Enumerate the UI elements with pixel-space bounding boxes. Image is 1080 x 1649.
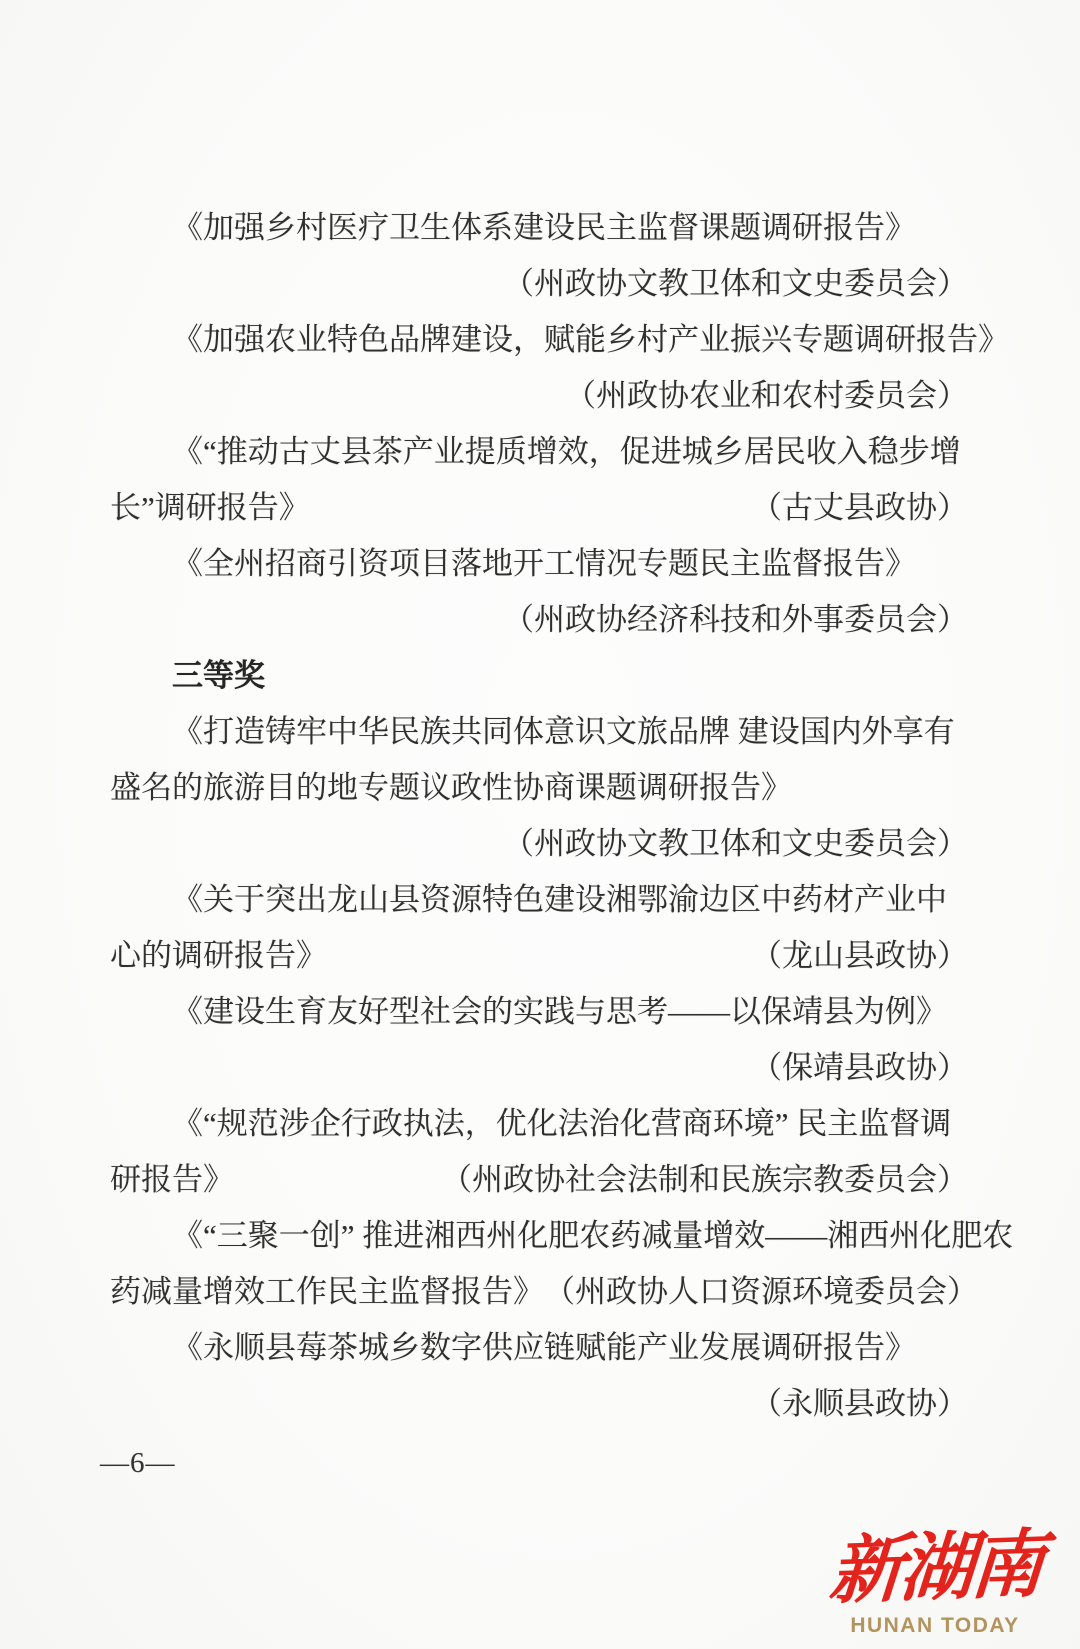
report-title-line: 《“规范涉企行政执法，优化法治化营商环境” 民主监督调 [110,1096,968,1152]
report-title-continuation-line: 盛名的旅游目的地专题议政性协商课题调研报告》 [110,760,968,816]
report-title-fragment: 长”调研报告》 [110,480,310,536]
awardee-attribution-line: （永顺县政协） [110,1376,968,1432]
report-title-line: 《建设生育友好型社会的实践与思考——以保靖县为例》 [110,984,968,1040]
report-title-with-attribution-line: 药减量增效工作民主监督报告》（州政协人口资源环境委员会） [110,1264,968,1320]
awardee-attribution-line: （州政协农业和农村委员会） [110,368,968,424]
report-title-line: 《加强乡村医疗卫生体系建设民主监督课题调研报告》 [110,200,968,256]
report-title-with-attribution-line: 长”调研报告》（古丈县政协） [110,480,968,536]
report-title-line: 《全州招商引资项目落地开工情况专题民主监督报告》 [110,536,968,592]
report-title-with-attribution-line: 研报告》（州政协社会法制和民族宗教委员会） [110,1152,968,1208]
award-tier-heading: 三等奖 [110,648,968,704]
report-title-line: 《“三聚一创” 推进湘西州化肥农药减量增效——湘西州化肥农 [110,1208,968,1264]
report-title-line: 《“推动古丈县茶产业提质增效，促进城乡居民收入稳步增 [110,424,968,480]
awardee-attribution-line: （州政协文教卫体和文史委员会） [110,256,968,312]
report-title-fragment: 药减量增效工作民主监督报告》 [110,1264,544,1320]
report-title-line: 《加强农业特色品牌建设，赋能乡村产业振兴专题调研报告》 [110,312,968,368]
awardee-attribution-line: （州政协经济科技和外事委员会） [110,592,968,648]
awardee-attribution: （州政协人口资源环境委员会） [544,1264,978,1320]
report-title-fragment: 研报告》 [110,1152,234,1208]
awardee-attribution: （龙山县政协） [751,928,968,984]
awardee-attribution: （州政协社会法制和民族宗教委员会） [441,1152,968,1208]
awardee-attribution: （古丈县政协） [751,480,968,536]
report-title-with-attribution-line: 心的调研报告》（龙山县政协） [110,928,968,984]
awardee-attribution-line: （州政协文教卫体和文史委员会） [110,816,968,872]
scanned-document-page: 《加强乡村医疗卫生体系建设民主监督课题调研报告》（州政协文教卫体和文史委员会）《… [0,0,1080,1649]
report-title-line: 《打造铸牢中华民族共同体意识文旅品牌 建设国内外享有 [110,704,968,760]
logo-cn-calligraphy: 新湖南 [797,1519,1074,1616]
report-title-fragment: 心的调研报告》 [110,928,327,984]
hunan-today-logo: 新湖南 HUNAN TODAY [800,1524,1070,1638]
awardee-attribution-line: （保靖县政协） [110,1040,968,1096]
page-number: —6— [100,1443,176,1483]
logo-en-wordmark: HUNAN TODAY [800,1614,1070,1638]
award-report-list: 《加强乡村医疗卫生体系建设民主监督课题调研报告》（州政协文教卫体和文史委员会）《… [110,200,968,1432]
report-title-line: 《关于突出龙山县资源特色建设湘鄂渝边区中药材产业中 [110,872,968,928]
report-title-line: 《永顺县莓茶城乡数字供应链赋能产业发展调研报告》 [110,1320,968,1376]
